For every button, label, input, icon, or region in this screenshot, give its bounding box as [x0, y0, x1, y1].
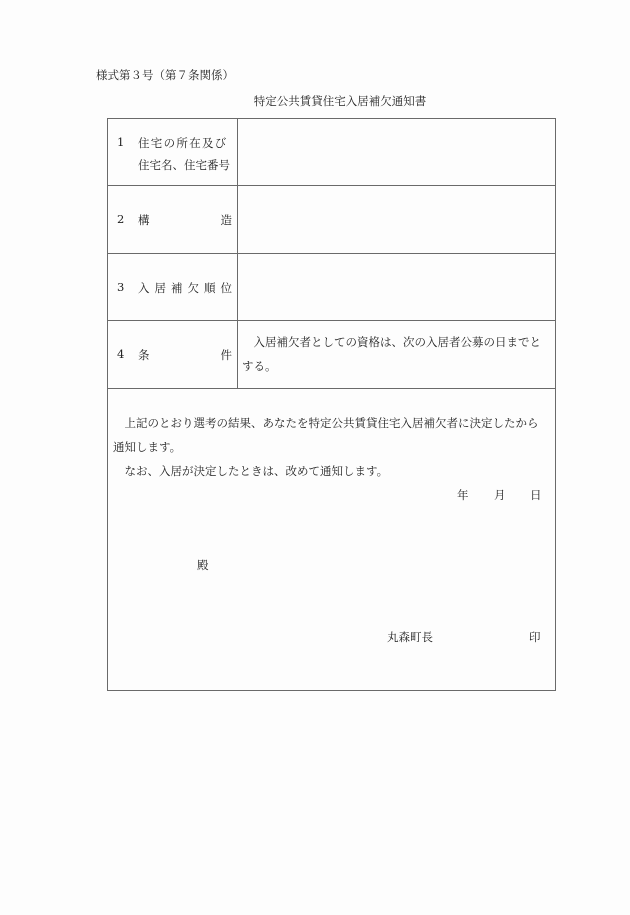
row-divider — [108, 185, 555, 186]
document-title: 特定公共賃貸住宅入居補欠通知書 — [0, 93, 630, 109]
notice-paragraph-line1: 上記のとおり選考の結果、あなたを特定公共賃貸住宅入居補欠者に決定したから — [113, 415, 539, 431]
row-label-char: 位 — [221, 280, 233, 296]
addressee-suffix: 殿 — [197, 557, 209, 573]
date-year-label: 年 — [457, 487, 469, 503]
issuer-name: 丸森町長 — [387, 629, 433, 645]
row-number: 1 — [117, 135, 124, 149]
row-label-char: 補 — [171, 280, 183, 296]
notice-form-table: 1 住宅の所在及び 住宅名、住宅番号 2 構 造 3 入 居 補 欠 順 位 4… — [107, 118, 556, 691]
notice-paragraph2: なお、入居が決定したときは、改めて通知します。 — [113, 463, 388, 479]
row-label-right: 件 — [221, 347, 233, 363]
row-label-right: 造 — [221, 212, 233, 228]
row-label-char: 入 — [138, 280, 150, 296]
date-month-label: 月 — [494, 487, 506, 503]
row-label-line2: 住宅名、住宅番号 — [138, 157, 230, 173]
address-value-field[interactable] — [239, 119, 555, 185]
structure-value-field[interactable] — [239, 187, 555, 253]
rank-value-field[interactable] — [239, 255, 555, 320]
conditions-text-line1: 入居補欠者としての資格は、次の入居者公募の日までと — [242, 334, 541, 350]
row-label-line1: 住宅の所在及び — [138, 135, 228, 151]
row-label-char: 順 — [204, 280, 216, 296]
row-number: 4 — [117, 347, 124, 361]
form-number-label: 様式第３号（第７条関係） — [96, 67, 234, 83]
row-number: 3 — [117, 280, 124, 294]
seal-mark: 印 — [529, 629, 541, 645]
row-label-left: 条 — [138, 347, 150, 363]
date-day-label: 日 — [530, 487, 542, 503]
row-label-char: 居 — [155, 280, 167, 296]
notice-paragraph-line2: 通知します。 — [113, 439, 181, 455]
row-label-char: 欠 — [188, 280, 200, 296]
row-divider — [108, 253, 555, 254]
row-divider — [108, 388, 555, 389]
row-label-left: 構 — [138, 212, 150, 228]
row-number: 2 — [117, 212, 124, 226]
conditions-text-line2: する。 — [242, 358, 277, 374]
row-divider — [108, 320, 555, 321]
